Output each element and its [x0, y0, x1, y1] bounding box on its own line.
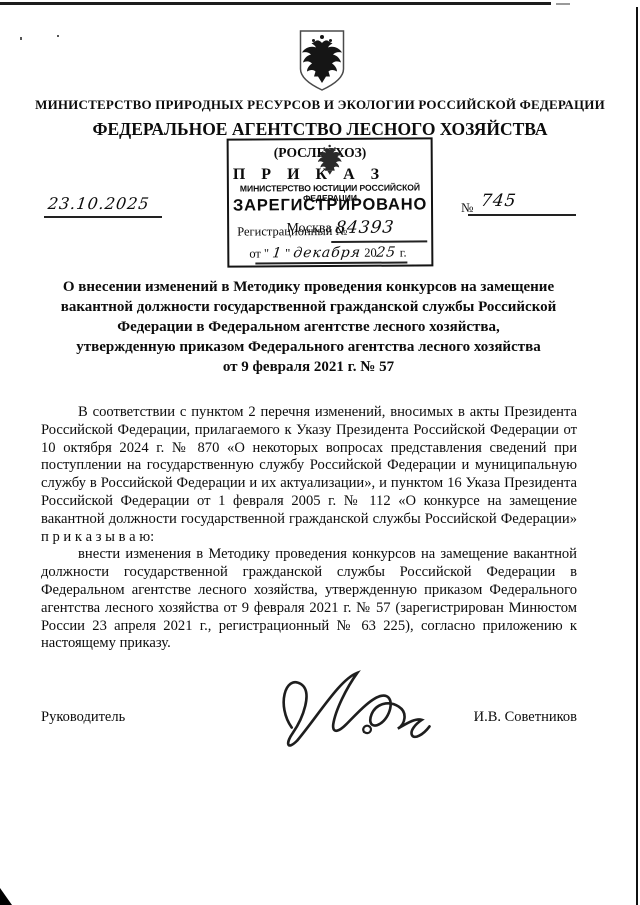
- stamp-reg-number-underline: [331, 240, 427, 242]
- scan-top-edge-dash: [556, 3, 570, 5]
- stamp-registered-label: ЗАРЕГИСТРИРОВАНО: [229, 195, 431, 215]
- order-body: В соответствии с пунктом 2 перечня измен…: [41, 404, 577, 653]
- stamp-eagle-icon: [310, 141, 350, 181]
- order-date-handwritten: 23.10.2025: [48, 194, 150, 214]
- stamp-reg-number-value: 84393: [334, 218, 395, 238]
- order-title-line: Федерации в Федеральном агентстве лесног…: [36, 317, 581, 337]
- scan-speck: [57, 35, 59, 37]
- stamp-date-quote: ": [285, 246, 290, 260]
- signature-name: И.В. Советников: [41, 709, 577, 726]
- order-title-line: О внесении изменений в Методику проведен…: [36, 277, 581, 297]
- order-date-underline: [44, 216, 162, 218]
- stamp-reg-number-handwritten: 84393: [335, 218, 394, 238]
- scanned-order-page: МИНИСТЕРСТВО ПРИРОДНЫХ РЕСУРСОВ И ЭКОЛОГ…: [0, 0, 640, 905]
- order-title-line: вакантной должности государственной граж…: [36, 297, 581, 317]
- stamp-date-suffix: г.: [400, 246, 407, 260]
- order-number-value: 745: [480, 191, 518, 211]
- scan-corner-fold-artifact: [0, 888, 12, 905]
- ministry-header: МИНИСТЕРСТВО ПРИРОДНЫХ РЕСУРСОВ И ЭКОЛОГ…: [0, 97, 640, 113]
- scan-top-edge-line: [0, 2, 551, 5]
- stamp-date-month: декабря: [293, 245, 363, 261]
- stamp-date-day: 1: [271, 245, 283, 261]
- stamp-date-underline: [255, 262, 407, 264]
- order-title-line: от 9 февраля 2021 г. № 57: [36, 357, 581, 377]
- order-title-line: утвержденную приказом Федерального агент…: [36, 337, 581, 357]
- body-paragraph-directive: внести изменения в Методику проведения к…: [41, 546, 577, 653]
- russia-coat-of-arms-icon: [297, 29, 347, 93]
- order-number-underline: [468, 214, 576, 216]
- stamp-date-year: 25: [376, 245, 398, 261]
- scan-speck: [20, 37, 22, 40]
- body-paragraph-preamble: В соответствии с пунктом 2 перечня измен…: [41, 404, 577, 546]
- stamp-reg-number-label: Регистрационный №: [237, 224, 347, 240]
- stamp-date-row: от " 1 " декабря 2025 г.: [249, 245, 406, 262]
- stamp-date-prefix: от ": [249, 246, 269, 260]
- agency-header: ФЕДЕРАЛЬНОЕ АГЕНТСТВО ЛЕСНОГО ХОЗЯЙСТВА: [0, 119, 640, 140]
- scan-right-edge-line: [636, 7, 638, 905]
- order-title: О внесении изменений в Методику проведен…: [36, 277, 581, 377]
- justice-registration-stamp: МИНИСТЕРСТВО ЮСТИЦИИ РОССИЙСКОЙ ФЕДЕРАЦИ…: [227, 137, 434, 267]
- order-date-value: 23.10.2025: [47, 194, 151, 213]
- order-number-handwritten: 745: [481, 191, 516, 211]
